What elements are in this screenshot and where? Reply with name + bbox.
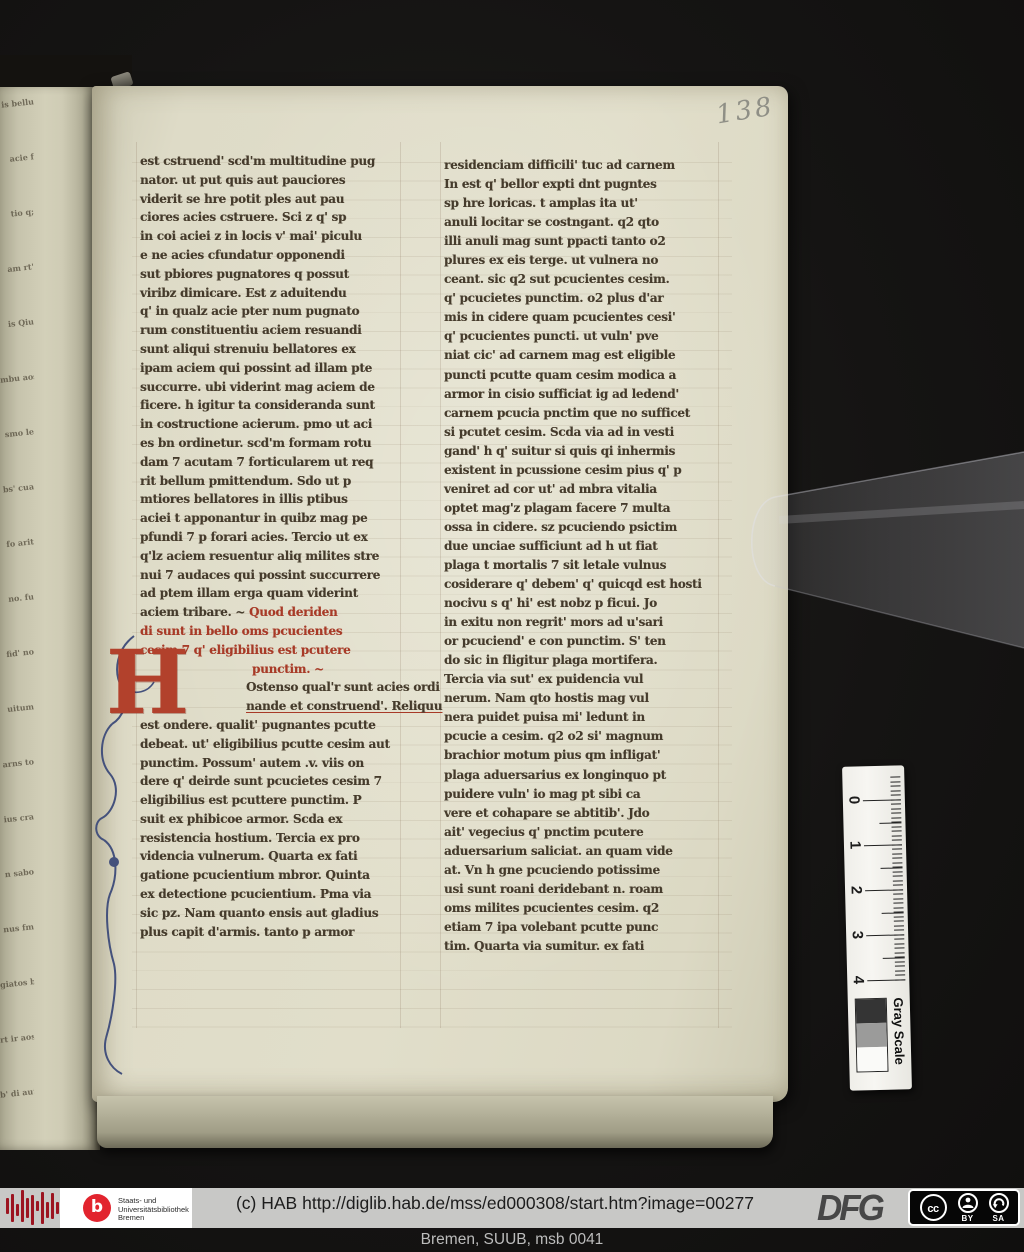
ruler-mm-tick <box>892 862 902 863</box>
manuscript-text-line: do sic in fligitur plaga mortifera. <box>444 651 716 670</box>
cc-sa-label: SA <box>992 1214 1004 1223</box>
manuscript-text-line: rum constituentiu aciem resuandi <box>140 321 400 340</box>
ruler-mm-tick <box>891 808 901 809</box>
manuscript-text-line: ceant. sic q2 sut pcucientes cesim. <box>444 270 716 289</box>
library-b-logo: b <box>83 1194 111 1222</box>
manuscript-text-line: plures ex eis terge. ut vulnera no <box>444 251 716 270</box>
edge-text-fragment: acie f <box>0 151 34 164</box>
manuscript-text-line: Tercia via sut' ex puidencia vul <box>444 670 716 689</box>
cc-by-label: BY <box>961 1214 973 1223</box>
manuscript-text-line: in costructione acierum. pmo ut aci <box>140 415 400 434</box>
suub-logo-bar <box>16 1204 19 1216</box>
suub-logo-bar <box>11 1194 14 1222</box>
cc-license-badge: cc BY SA <box>908 1189 1020 1226</box>
library-logo-panel: b Staats- und Universitätsbibliothek Bre… <box>60 1188 192 1228</box>
ruler-mm-tick <box>890 776 900 777</box>
illuminated-initial: H <box>106 638 189 726</box>
manuscript-text-line: cosiderare q' debem' q' quicqd est hosti <box>444 575 716 594</box>
ruler-mm-tick <box>891 817 901 818</box>
manuscript-text-line: carnem pcucia pnctim que no sufficet <box>444 404 716 423</box>
manuscript-text-line: nui 7 audaces qui possint succurrere <box>140 566 400 585</box>
edge-text-fragment: b' di aut <box>0 1086 34 1099</box>
grayscale-patch <box>856 1023 887 1048</box>
ruler-mm-tick <box>894 947 904 948</box>
manuscript-text-line: plaga aduersarius ex longinquo pt <box>444 766 716 785</box>
edge-text-fragment: nus fm <box>0 921 34 934</box>
ruler-mm-tick <box>891 794 901 795</box>
manuscript-text-line: puncti pcutte quam cesim modica a <box>444 366 716 385</box>
manuscript-text-line: si pcutet cesim. Scda via ad in vesti <box>444 423 716 442</box>
manuscript-text-line: existent in pcussione cesim pius q' p <box>444 461 716 480</box>
library-name-line: Bremen <box>118 1214 189 1223</box>
manuscript-text-line: q'lz aciem resuentur aliq milites stre <box>140 547 400 566</box>
manuscript-text-line: rit bellum pmittendum. Sdo ut p <box>140 472 400 491</box>
manuscript-text-line: etiam 7 ipa volebant pcutte punc <box>444 918 716 937</box>
manuscript-text-line: aciem tribare. ~ Quod deriden <box>140 603 400 622</box>
grayscale-patch <box>856 999 887 1024</box>
ruler-mm-tick <box>893 880 903 881</box>
manuscript-text-line: es bn ordinetur. scd'm formam rotu <box>140 434 400 453</box>
ruler-mm-tick <box>893 898 903 899</box>
cc-by-group: BY <box>958 1193 978 1223</box>
rubric-text: Quod deriden <box>249 605 337 619</box>
copyright-url-text: (c) HAB http://diglib.hab.de/mss/ed00030… <box>200 1193 790 1214</box>
manuscript-text-line: viribz dimicare. Est z aduitendu <box>140 284 400 303</box>
ruler-number: 1 <box>846 834 864 856</box>
edge-text-fragment: mbu aos <box>0 371 34 384</box>
ruler-mm-tick <box>891 803 901 804</box>
ruler-mm-tick <box>892 835 902 836</box>
suub-logo-bar <box>6 1198 9 1214</box>
ruler-mm-tick <box>892 839 902 840</box>
manuscript-text-line: anuli locitar se costngant. q2 qto <box>444 213 716 232</box>
manuscript-text-line: sp hre loricas. t amplas ita ut' <box>444 194 716 213</box>
attribution-person-icon <box>958 1193 978 1213</box>
ruler-mm-tick <box>893 907 903 908</box>
manuscript-text-line: ossa in cidere. sz pcuciendo psictim <box>444 518 716 537</box>
manuscript-text-line: In est q' bellor expti dnt pugntes <box>444 175 716 194</box>
digitized-manuscript-photo: is belluacie ftio q;am rt'is Qiumbu aoss… <box>0 0 1024 1252</box>
manuscript-text-line: niat cic' ad carnem mag est eligible <box>444 346 716 365</box>
manuscript-text-line: q' in qualz acie pter num pugnato <box>140 302 400 321</box>
manuscript-text-line: aduersarium saliciat. an quam vide <box>444 842 716 861</box>
shelfmark-caption: Bremen, SUUB, msb 0041 <box>0 1231 1024 1249</box>
ruler-mm-tick <box>895 961 905 962</box>
manuscript-text-line: pfundi 7 p forari acies. Tercio ut ex <box>140 528 400 547</box>
suub-logo-bar <box>36 1201 39 1211</box>
edge-text-fragment: rt ir aos <box>0 1031 34 1044</box>
column-rule <box>400 142 401 1028</box>
suub-logo-bar <box>56 1202 59 1214</box>
manuscript-text-line: brachior motum pius qm infligat' <box>444 746 716 765</box>
suub-bars-logo <box>5 1190 59 1226</box>
manuscript-text-line: in coi aciei z in locis v' mai' piculu <box>140 227 400 246</box>
edge-text-fragment: fo arit <box>0 536 34 549</box>
edge-text-fragment: is Qiu <box>0 316 34 329</box>
column-rule <box>718 142 719 1028</box>
edge-text-fragment: n sabo <box>0 866 34 879</box>
manuscript-text-line: succurre. ubi viderint mag aciem de <box>140 378 400 397</box>
manuscript-text-line: q' pcucientes puncti. ut vuln' pve <box>444 327 716 346</box>
ruler-mm-tick <box>893 902 903 903</box>
share-alike-arrow-icon <box>989 1193 1009 1213</box>
manuscript-text-line: ciores acies cstruere. Sci z q' sp <box>140 208 400 227</box>
ruler-number: 2 <box>847 879 865 901</box>
edge-text-fragment: am rt' <box>0 261 34 274</box>
manuscript-text-line: dam 7 acutam 7 forticularem ut req <box>140 453 400 472</box>
manuscript-text-line: sunt aliqui strenuiu bellatores ex <box>140 340 400 359</box>
ruler-mm-tick <box>894 925 904 926</box>
manuscript-text-line: nerum. Nam qto hostis mag vul <box>444 689 716 708</box>
manuscript-text-line: residenciam difficili' tuc ad carnem <box>444 156 716 175</box>
manuscript-text-line: veniret ad cor ut' ad mbra vitalia <box>444 480 716 499</box>
ruler-mm-tick <box>892 830 902 831</box>
manuscript-text-line: mis in cidere quam pcucientes cesi' <box>444 308 716 327</box>
ruler-number: 0 <box>845 789 863 811</box>
ruler-mm-tick <box>894 929 904 930</box>
manuscript-text-line: q' pcucietes punctim. o2 plus d'ar <box>444 289 716 308</box>
edge-text-fragment: bs' cua <box>0 481 34 494</box>
manuscript-text-line: vere et cohapare se abtitib'. Jdo <box>444 804 716 823</box>
manuscript-text-line: or pcuciend' e con punctim. S' ten <box>444 632 716 651</box>
ruler-mm-tick <box>892 848 902 849</box>
manuscript-text-line: ipam aciem qui possint ad illam pte <box>140 359 400 378</box>
grayscale-label: Gray Scale <box>891 997 908 1065</box>
underlying-page-edge <box>97 1096 773 1148</box>
ruler-mm-tick <box>891 790 901 791</box>
manuscript-text-line: ficere. h igitur ta consideranda sunt <box>140 396 400 415</box>
manuscript-text-line: plaga t mortalis 7 sit letale vulnus <box>444 556 716 575</box>
manuscript-text-line: oms milites pcucientes cesim. q2 <box>444 899 716 918</box>
suub-logo-bar <box>41 1192 44 1224</box>
ruler-mm-tick <box>893 884 903 885</box>
library-name: Staats- und Universitätsbibliothek Breme… <box>118 1197 189 1223</box>
manuscript-text-line: at. Vn h gne pcuciendo potissime <box>444 861 716 880</box>
manuscript-text-line: in exitu non regrit' mors ad u'sari <box>444 613 716 632</box>
grayscale-patches <box>855 998 889 1073</box>
edge-text-fragment: ius cra <box>0 811 34 824</box>
ruler-mm-tick <box>893 875 903 876</box>
edge-text-fragment: smo le <box>0 426 34 439</box>
edge-text-fragment: fid' no <box>0 646 34 659</box>
cc-icon: cc <box>920 1194 947 1221</box>
ruler-mm-tick <box>895 974 905 975</box>
edge-text-fragment: uitum <box>0 701 34 714</box>
manuscript-text-line: optet mag'z plagam facere 7 multa <box>444 499 716 518</box>
ruler-mm-tick <box>890 781 900 782</box>
ruler-mm-tick <box>894 943 904 944</box>
grayscale-ruler: Gray Scale 01234 <box>842 765 912 1090</box>
manuscript-text-line: ad ptem illam erga quam viderint <box>140 584 400 603</box>
ruler-mm-tick <box>891 812 901 813</box>
ruler-mm-tick <box>893 871 903 872</box>
ruler-mm-tick <box>893 893 903 894</box>
ruler-mm-tick <box>891 785 901 786</box>
manuscript-text-line: nocivu s q' hi' est nobz p ficui. Jo <box>444 594 716 613</box>
ruler-mm-tick <box>894 916 904 917</box>
manuscript-text-line: pcucie a cesim. q2 o2 si' magnum <box>444 727 716 746</box>
suub-logo-bar <box>51 1193 54 1219</box>
manuscript-text-line: armor in cisio sufficiat ig ad ledend' <box>444 385 716 404</box>
edge-text-fragment: giatos b <box>0 976 34 989</box>
ruler-mm-tick <box>892 857 902 858</box>
ruler-mm-tick <box>894 938 904 939</box>
grayscale-patch <box>857 1047 888 1072</box>
manuscript-page: 138 est cstruend' scd'm multitudine pugn… <box>92 86 788 1102</box>
suub-logo-bar <box>46 1202 49 1218</box>
manuscript-text-line: sut pbiores pugnatores q possut <box>140 265 400 284</box>
manuscript-text-line: illi anuli mag sunt ppacti tanto o2 <box>444 232 716 251</box>
manuscript-text-line: aciei t apponantur in quibz mag pe <box>140 509 400 528</box>
dfg-logo: DFG <box>817 1189 882 1230</box>
manuscript-text-line: nera puidet puisa mi' ledunt in <box>444 708 716 727</box>
manuscript-text-line: mtiores bellatores in illis ptibus <box>140 490 400 509</box>
text-column-right: residenciam difficili' tuc ad carnemIn e… <box>444 156 716 956</box>
edge-text-fragment: no. fu <box>0 591 34 604</box>
manuscript-text-line: est cstruend' scd'm multitudine pug <box>140 152 400 171</box>
pencil-folio-number: 138 <box>714 92 777 131</box>
edge-text-fragment: is bellu <box>0 96 34 109</box>
ruler-mm-tick <box>895 952 905 953</box>
manuscript-text-line: e ne acies cfundatur opponendi <box>140 246 400 265</box>
manuscript-text-line: puidere vuln' io mag pt sibi ca <box>444 785 716 804</box>
manuscript-text-line: ait' vegecius q' pnctim pcutere <box>444 823 716 842</box>
suub-logo-bar <box>31 1195 34 1225</box>
ruler-mm-tick <box>892 826 902 827</box>
ruler-mm-tick <box>895 965 905 966</box>
column-rule <box>440 142 441 1028</box>
manuscript-text-line: gand' h q' suitur si quis qi inhermis <box>444 442 716 461</box>
manuscript-text-line: usi sunt roani deridebant n. roam <box>444 880 716 899</box>
ruler-number: 3 <box>848 924 866 946</box>
suub-logo-bar <box>26 1198 29 1218</box>
ruler-number: 4 <box>849 969 867 991</box>
ruler-mm-tick <box>894 920 904 921</box>
ruler-mm-tick <box>892 853 902 854</box>
cc-sa-group: SA <box>989 1193 1009 1223</box>
suub-logo-bar <box>21 1190 24 1222</box>
manuscript-text-line: tim. Quarta via sumitur. ex fati <box>444 937 716 956</box>
edge-text-fragment: tio q; <box>0 206 34 219</box>
manuscript-text-line: nator. ut put quis aut pauciores <box>140 171 400 190</box>
book-page-edges: is belluacie ftio q;am rt'is Qiumbu aoss… <box>0 84 100 1150</box>
edge-text-fragment: arns to <box>0 756 34 769</box>
manuscript-text-line: viderit se hre potit ples aut pau <box>140 190 400 209</box>
manuscript-text-line: due unciae sufficiunt ad h ut fiat <box>444 537 716 556</box>
ruler-mm-tick <box>895 970 905 971</box>
